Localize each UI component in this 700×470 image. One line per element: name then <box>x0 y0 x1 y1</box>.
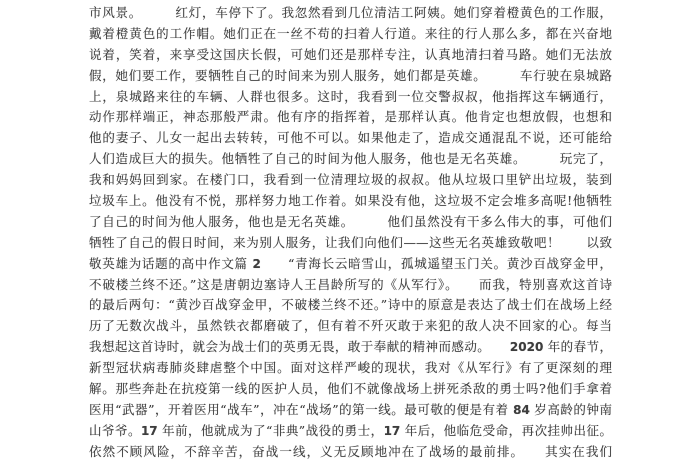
text-line: 动作那样端正，神态那般严肃。他有序的指挥着，是那样认真。他肯定也想放假，也想和 <box>89 107 612 128</box>
text-line: 历了无数次战斗，虽然铁衣都磨破了，但有着不歼灭敢于来犯的敌人决不回家的心。每当 <box>89 316 612 337</box>
text-line: 我想起这首诗时，就会为战士们的英勇无畏，敢于奉献的精神而感动。 2020 年的春… <box>89 337 612 358</box>
text-line: 解。那些奔赴在抗疫第一线的医护人员，他们不就像战场上拼死杀敌的勇士吗?他们手拿着 <box>89 379 612 400</box>
text-line: 的最后两句：“黄沙百战穿金甲，不破楼兰终不还。”诗中的原意是表达了战士们在战场上… <box>89 295 612 316</box>
text-line: 假，她们要工作，要牺牲自己的时间来为别人服务，她们都是英雄。 车行驶在泉城路 <box>89 66 612 87</box>
text-line: 医用“武器”，开着医用“战车”，冲在“战场”的第一线。最可敬的便是有着 84 岁… <box>89 400 612 421</box>
text-line: 说着，笑着，来享受这国庆长假，可她们还是那样专注，认真地清扫着马路。她们无法放 <box>89 45 612 66</box>
text-line: 戴着橙黄色的工作帽。她们正在一丝不苟的扫着人行道。来往的行人那么多，都在兴奋地 <box>89 24 612 45</box>
text-line: 他的妻子、儿女一起出去转转，可他不可以。如果他走了，造成交通混乱不说，还可能给 <box>89 128 612 149</box>
text-line: 了自己的时间为他人服务，他也是无名英雄。 他们虽然没有干多么伟大的事，可他们 <box>89 212 612 233</box>
text-line: 不破楼兰终不还。”这是唐朝边塞诗人王昌龄所写的《从军行》。 而我，特别喜欢这首诗 <box>89 275 612 296</box>
text-line: 牺牲了自己的假日时间，来为别人服务，让我们向他们——这些无名英雄致敬吧！ 以致 <box>89 233 612 254</box>
text-line: 我和妈妈回到家。在楼门口，我看到一位清理垃圾的叔叔。他从垃圾口里铲出垃圾，装到 <box>89 170 612 191</box>
text-line: 垃圾车上。他没有不悦，那样努力地工作着。如果没有他，这垃圾不定会堆多高呢!他牺牲 <box>89 191 612 212</box>
text-line: 敬英雄为话题的高中作文篇 2 “青海长云暗雪山，孤城遥望玉门关。黄沙百战穿金甲， <box>89 254 612 275</box>
text-line: 新型冠状病毒肺炎肆虐整个中国。面对这样严峻的现状，我对《从军行》有了更深刻的理 <box>89 358 612 379</box>
text-line: 人们造成巨大的损失。他牺牲了自己的时间为他人服务，他也是无名英雄。 玩完了， <box>89 149 612 170</box>
document-page: 市风景。 红灯，车停下了。我忽然看到几位清洁工阿姨。她们穿着橙黄色的工作服，戴着… <box>89 3 612 467</box>
text-line: 市风景。 红灯，车停下了。我忽然看到几位清洁工阿姨。她们穿着橙黄色的工作服， <box>89 3 612 24</box>
text-line: 上，泉城路来往的车辆、人群也很多。这时，我看到一位交警叔叔，他指挥这车辆通行， <box>89 87 612 108</box>
text-line: 山爷爷。17 年前，他就成为了“非典”战役的勇士，17 年后，他临危受命，再次挂… <box>89 421 612 442</box>
text-line: 依然不顾风险，不辞辛苦，奋战一线，义无反顾地冲在了战场的最前排。 其实在我们 <box>89 442 612 463</box>
